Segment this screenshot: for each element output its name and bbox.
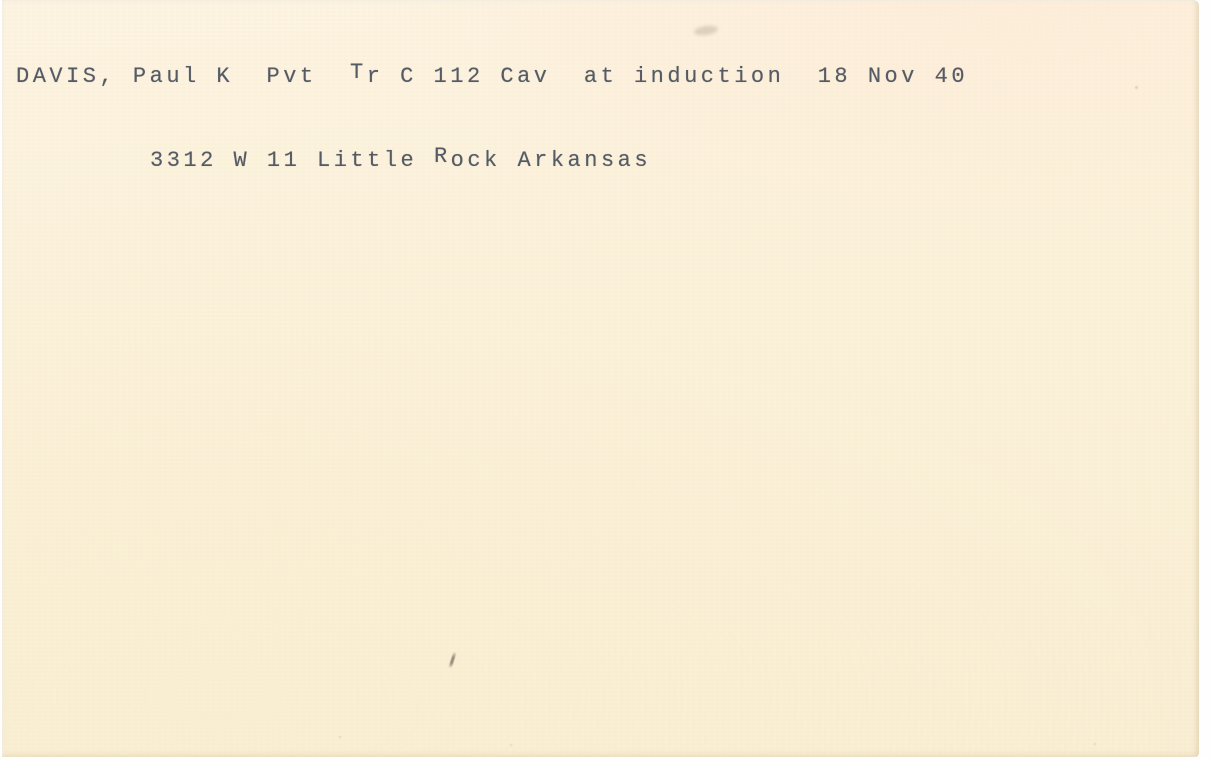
scanned-document-page: { "document": { "kind": "typewritten ind… <box>0 0 1211 757</box>
typed-text-block: DAVIS, Paul K Pvt Tr C 112 Cav at induct… <box>16 7 968 231</box>
typed-text: DAVIS, Paul K Pvt <box>16 64 350 89</box>
typed-char-raised: R <box>434 144 451 169</box>
typed-text: r C 112 Cav at induction 18 Nov 40 <box>367 64 968 89</box>
typed-line-address: 3312 W 11 Little Rock Arkansas <box>150 147 968 175</box>
typed-text: ock Arkansas <box>451 148 651 173</box>
pen-mark-artifact <box>449 652 457 668</box>
dust-speck-artifact <box>510 744 512 746</box>
typed-char-raised: T <box>350 60 367 85</box>
dust-speck-artifact <box>339 736 341 738</box>
dust-speck-artifact <box>1094 743 1096 745</box>
dust-speck-artifact <box>1135 86 1138 89</box>
index-card: DAVIS, Paul K Pvt Tr C 112 Cav at induct… <box>2 0 1199 757</box>
typed-line-name-rank-unit-date: DAVIS, Paul K Pvt Tr C 112 Cav at induct… <box>16 63 968 91</box>
typed-text: 3312 W 11 Little <box>150 148 434 173</box>
